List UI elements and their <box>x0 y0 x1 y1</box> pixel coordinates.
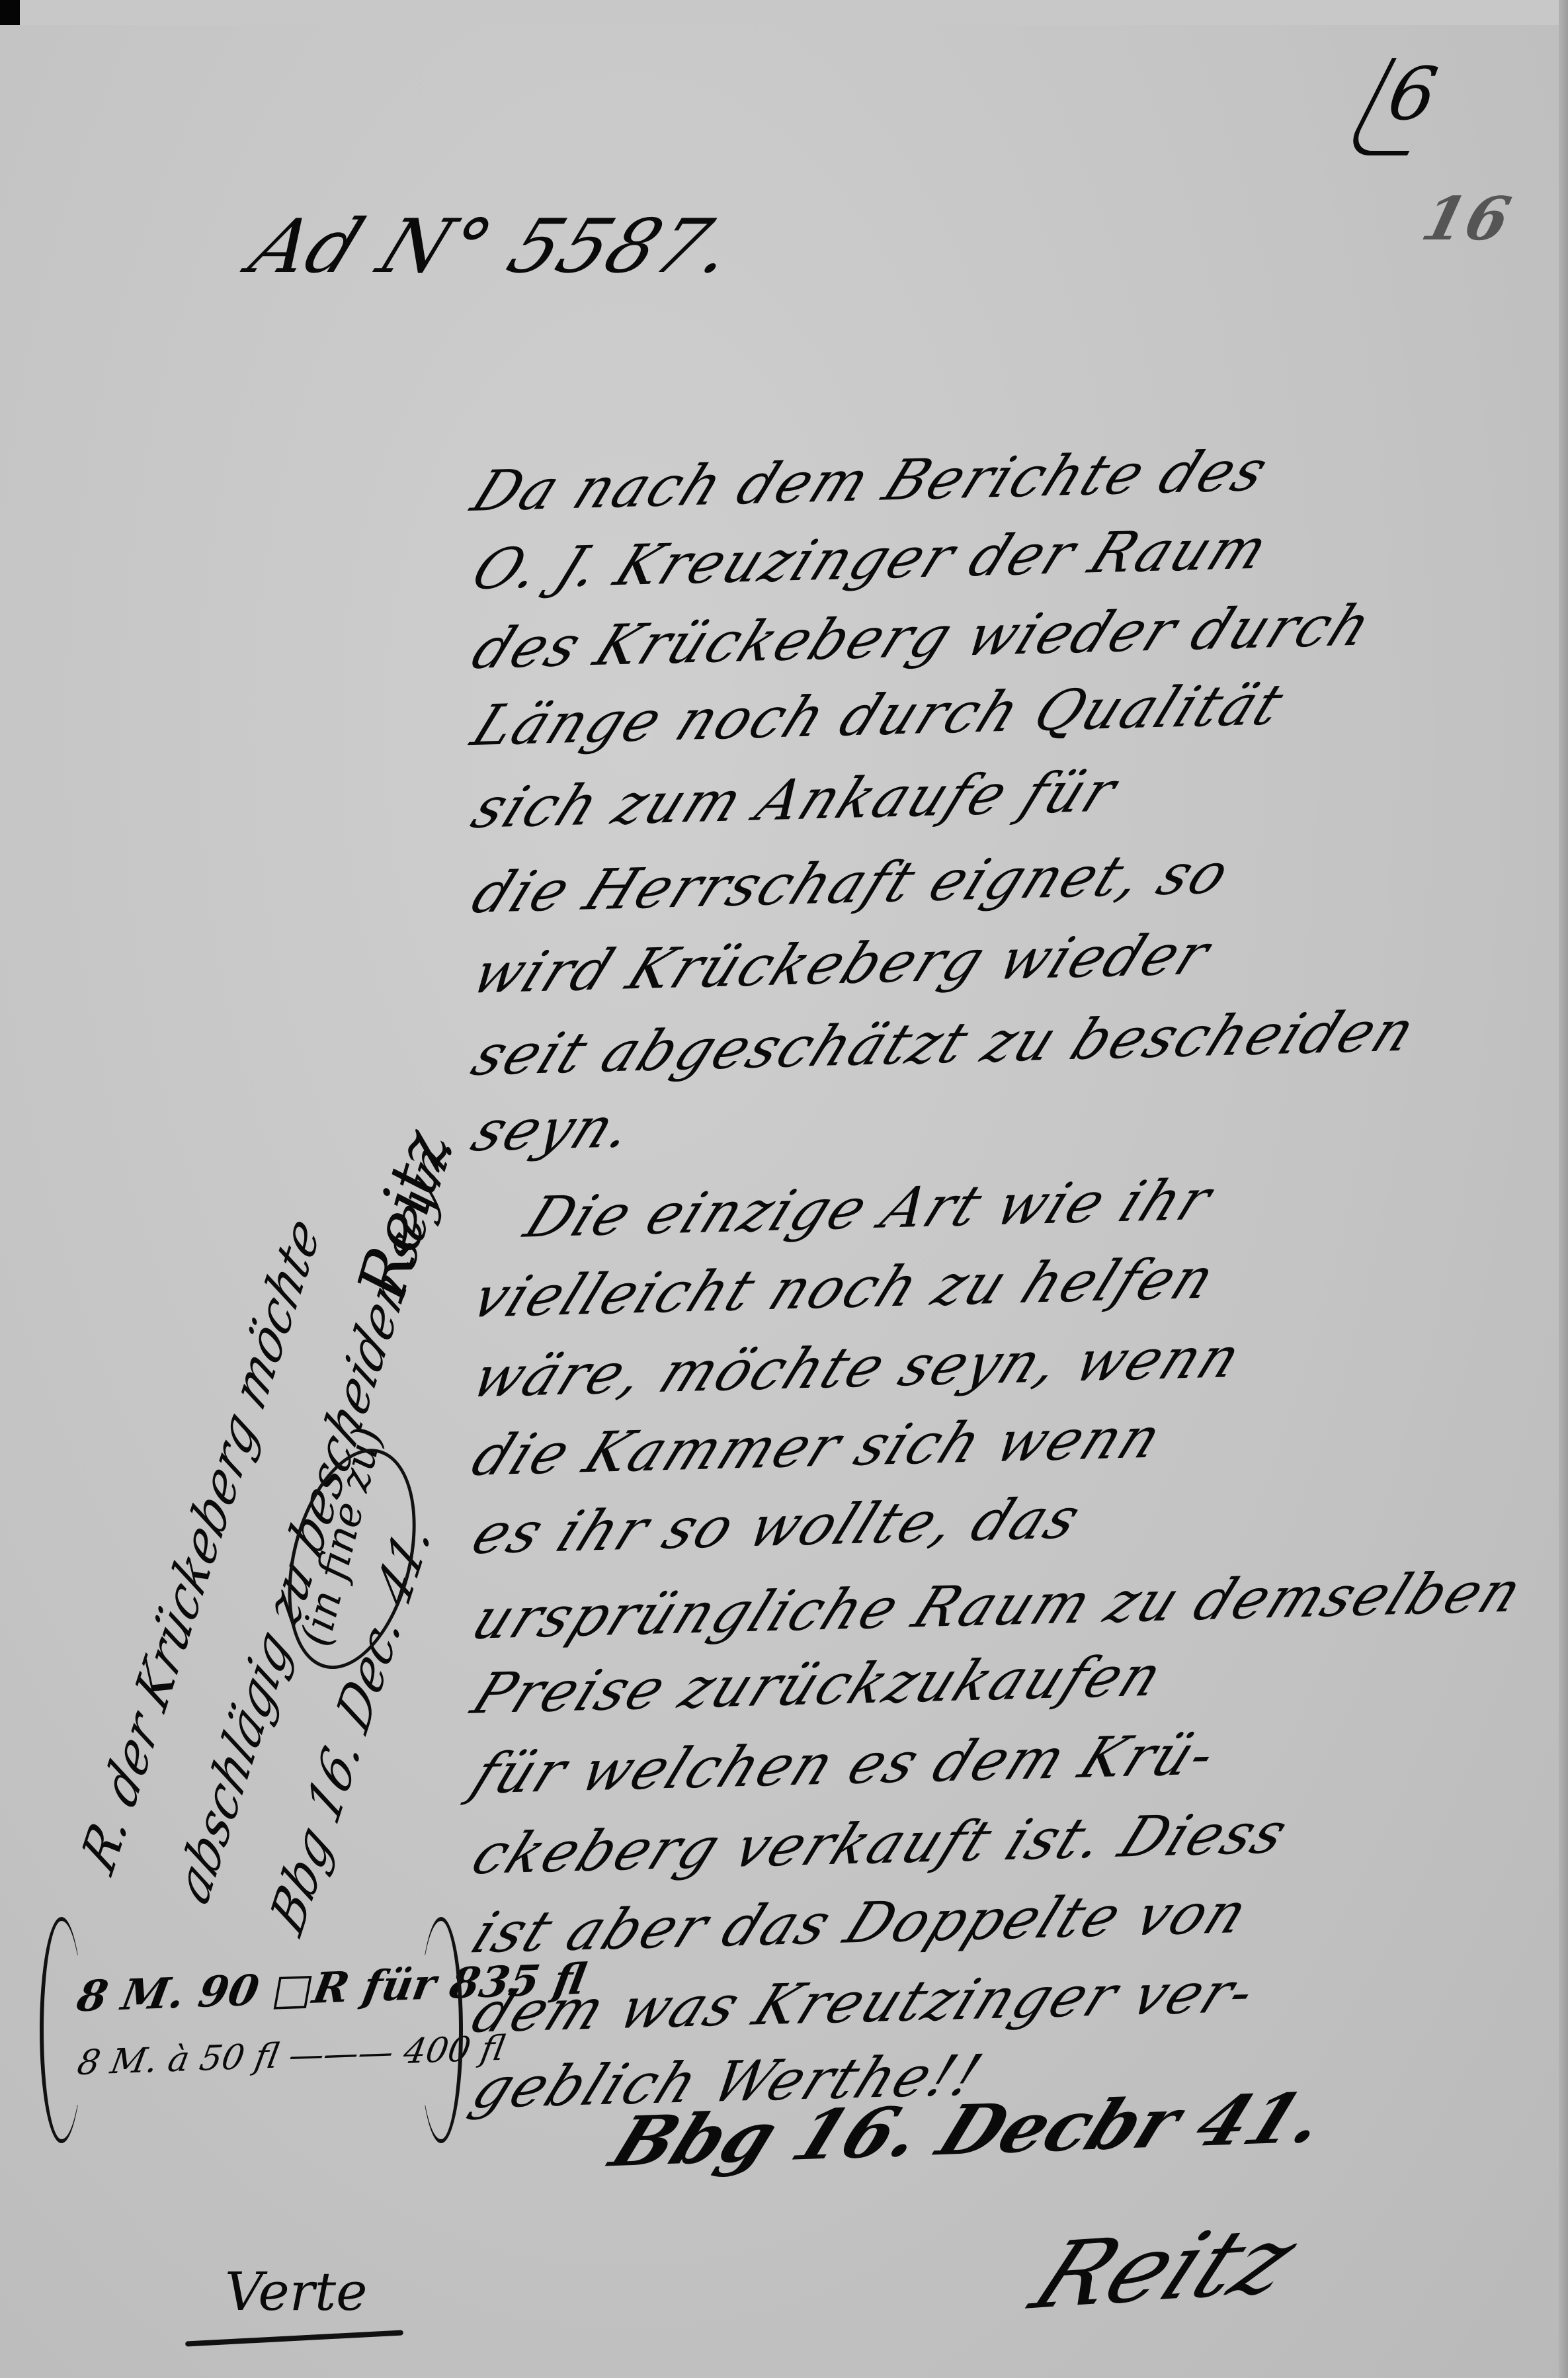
manuscript-page: Ad N° 5587. 6 16 Da nach dem Berichte de… <box>0 25 1568 2378</box>
body-line: Da nach dem Berichte des <box>463 438 1280 524</box>
folio-number-ink: 6 <box>1382 52 1445 136</box>
calculation-row: 8 M. à 50 fl ——— 400 fl <box>74 2029 507 2083</box>
signature: Reitz <box>1016 2207 1314 2331</box>
body-line: Länge noch durch Qualität <box>463 672 1296 759</box>
body-line: seit abgeschätzt zu bescheiden <box>463 998 1427 1088</box>
body-line: wäre, möchte seyn, wenn <box>463 1324 1253 1410</box>
archive-number: Ad N° 5587. <box>238 204 749 290</box>
folio-number-pencil: 16 <box>1415 184 1518 254</box>
body-line: die Herrschaft eignet, so <box>463 841 1241 926</box>
body-line: vielleicht noch zu helfen <box>463 1246 1227 1330</box>
calculation-note: 8 M. 90 □R für 835 fl 8 M. à 50 fl ——— 4… <box>46 1917 456 2135</box>
body-line: es ihr so wollte, das <box>463 1486 1093 1567</box>
body-line: sich zum Ankaufe für <box>463 759 1128 841</box>
body-line: Preise zurückzukaufen <box>463 1643 1174 1726</box>
body-line: ursprüngliche Raum zu demselben <box>463 1559 1534 1652</box>
body-line: ckeberg verkauft ist. Diess <box>463 1800 1300 1887</box>
body-line: Die einzige Art wie ihr <box>516 1167 1223 1250</box>
body-line: des Krückeberg wieder durch <box>463 593 1383 681</box>
body-line: O. J. Kreuzinger der Raum <box>463 516 1280 602</box>
body-line: ist aber das Doppelte von <box>463 1880 1259 1966</box>
body-line: wird Krückeberg wieder <box>463 921 1221 1006</box>
page-edge <box>1559 0 1568 2378</box>
verte-note: Verte <box>225 2261 368 2322</box>
body-line: die Kammer sich wenn <box>463 1405 1173 1488</box>
body-line: seyn. <box>463 1094 646 1164</box>
body-line: für welchen es dem Krü- <box>463 1722 1228 1806</box>
underlying-sheet-edge <box>20 0 1568 26</box>
